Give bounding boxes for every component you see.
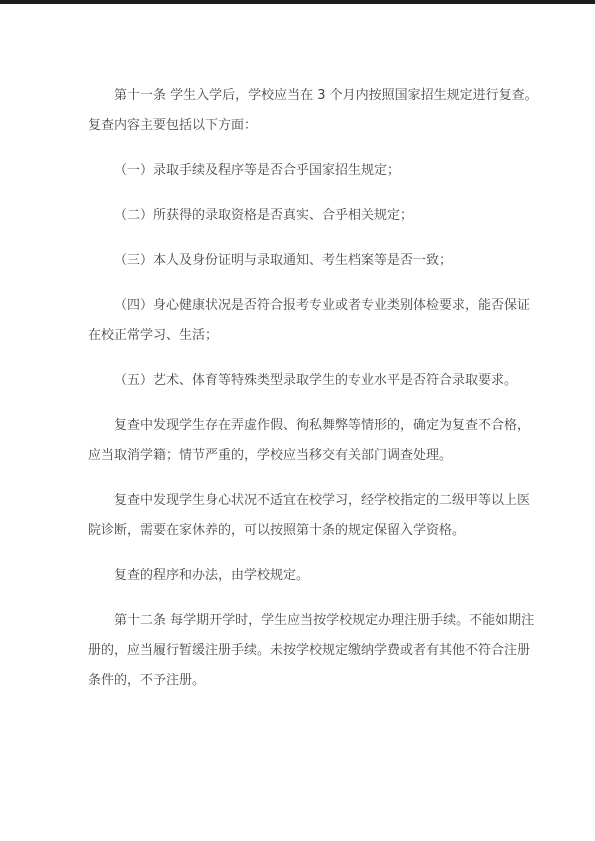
paragraph: 第十二条 每学期开学时，学生应当按学校规定办理注册手续。不能如期注 册的，应当履…	[88, 606, 535, 696]
text-line: （三）本人及身份证明与录取通知、考生档案等是否一致；	[88, 246, 535, 276]
paragraph: （四）身心健康状况是否符合报考专业或者专业类别体检要求，能否保证 在校正常学习、…	[88, 291, 535, 351]
text-line: 复查的程序和办法，由学校规定。	[88, 561, 535, 591]
paragraph: （一）录取手续及程序等是否合乎国家招生规定；	[88, 156, 535, 186]
text-line: 院诊断，需要在家休养的，可以按照第十条的规定保留入学资格。	[88, 516, 535, 546]
document-body: 第十一条 学生入学后，学校应当在 3 个月内按照国家招生规定进行复查。 复查内容…	[0, 4, 595, 696]
paragraph: （五）艺术、体育等特殊类型录取学生的专业水平是否符合录取要求。	[88, 366, 535, 396]
paragraph: （二）所获得的录取资格是否真实、合乎相关规定；	[88, 201, 535, 231]
text-line: （五）艺术、体育等特殊类型录取学生的专业水平是否符合录取要求。	[88, 366, 535, 396]
paragraph: （三）本人及身份证明与录取通知、考生档案等是否一致；	[88, 246, 535, 276]
text-line: 应当取消学籍；情节严重的，学校应当移交有关部门调查处理。	[88, 441, 535, 471]
paragraph: 复查中发现学生存在弄虚作假、徇私舞弊等情形的，确定为复查不合格， 应当取消学籍；…	[88, 411, 535, 471]
text-line: （二）所获得的录取资格是否真实、合乎相关规定；	[88, 201, 535, 231]
text-line: 条件的，不予注册。	[88, 666, 535, 696]
text-line: （四）身心健康状况是否符合报考专业或者专业类别体检要求，能否保证	[88, 291, 535, 321]
paragraph: 第十一条 学生入学后，学校应当在 3 个月内按照国家招生规定进行复查。 复查内容…	[88, 81, 535, 141]
text-line: 第十一条 学生入学后，学校应当在 3 个月内按照国家招生规定进行复查。	[88, 81, 535, 111]
text-line: 册的，应当履行暂缓注册手续。未按学校规定缴纳学费或者有其他不符合注册	[88, 636, 535, 666]
paragraph: 复查中发现学生身心状况不适宜在校学习，经学校指定的二级甲等以上医 院诊断，需要在…	[88, 486, 535, 546]
text-line: 在校正常学习、生活；	[88, 321, 535, 351]
paragraph: 复查的程序和办法，由学校规定。	[88, 561, 535, 591]
text-line: 第十二条 每学期开学时，学生应当按学校规定办理注册手续。不能如期注	[88, 606, 535, 636]
text-line: 复查中发现学生存在弄虚作假、徇私舞弊等情形的，确定为复查不合格，	[88, 411, 535, 441]
text-line: 复查中发现学生身心状况不适宜在校学习，经学校指定的二级甲等以上医	[88, 486, 535, 516]
text-line: （一）录取手续及程序等是否合乎国家招生规定；	[88, 156, 535, 186]
text-line: 复查内容主要包括以下方面：	[88, 111, 535, 141]
